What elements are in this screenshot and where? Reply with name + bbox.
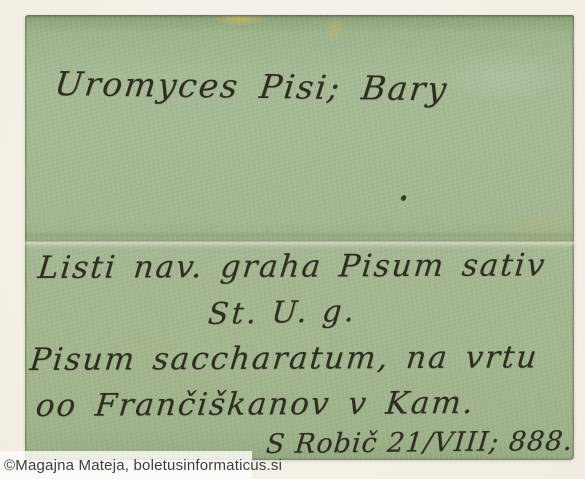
ink-speck <box>400 194 407 202</box>
photo-background: Uromyces Pisi; Bary Listi nav. graha Pis… <box>0 0 585 479</box>
handwritten-title: Uromyces Pisi; Bary <box>53 64 451 108</box>
watermark-strip: ©Magajna Mateja, boletusinformaticus.si <box>0 451 252 479</box>
handwritten-line-1: Listi nav. graha Pisum sativ <box>36 247 548 286</box>
watermark-text: ©Magajna Mateja, boletusinformaticus.si <box>0 457 282 474</box>
handwritten-signature-date: S Robič 21/VIII; 888. <box>265 426 575 460</box>
fold-crease <box>25 231 574 247</box>
handwritten-line-3: Pisum saccharatum, na vrtu <box>28 339 540 378</box>
handwritten-line-2: St. U. g. <box>207 294 359 332</box>
handwritten-line-4: oo Frančiškanov v Kam. <box>34 385 476 424</box>
